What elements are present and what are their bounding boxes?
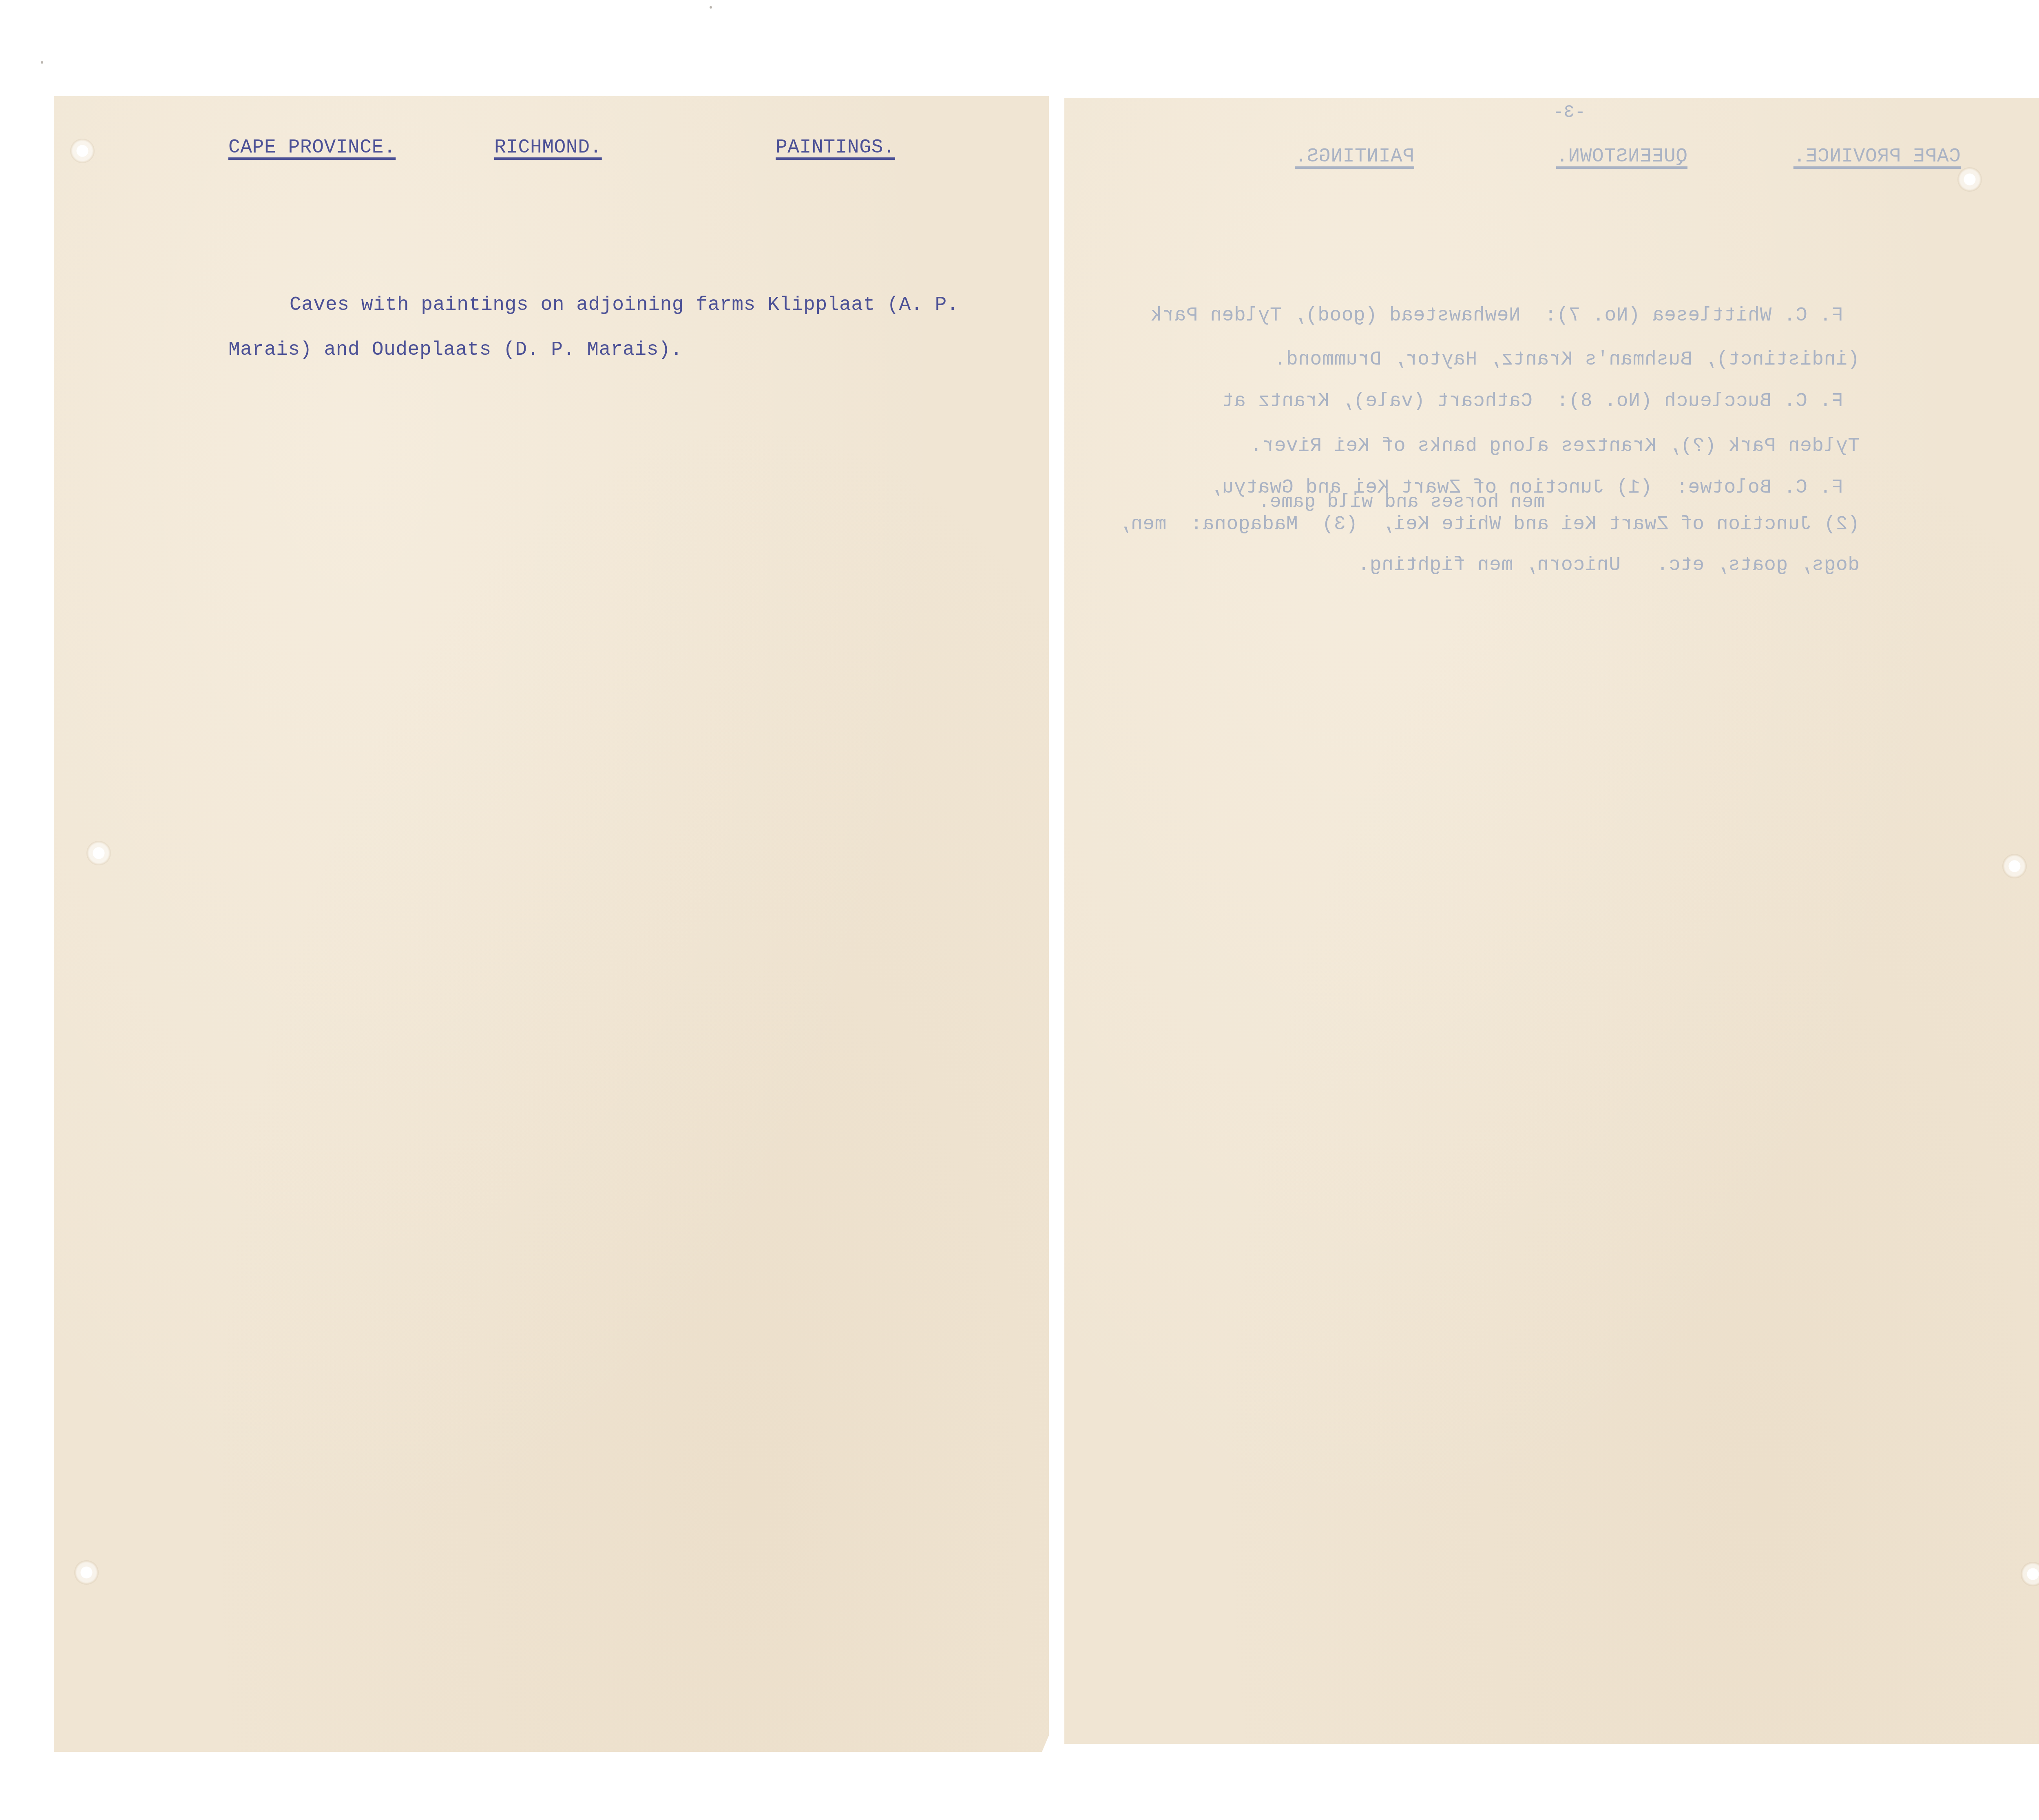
body-line-2: Marais) and Oudeplaats (D. P. Marais).: [228, 340, 683, 360]
header-district: QUEENSTOWN.: [1556, 147, 1687, 166]
header-category: PAINTINGS.: [776, 138, 895, 157]
punch-hole-icon: [2002, 854, 2027, 878]
header-province: CAPE PROVINCE.: [228, 138, 396, 157]
header-district: RICHMOND.: [494, 138, 602, 157]
header-category: PAINTINGS.: [1295, 147, 1414, 166]
bleed-through-text: -3- CAPE PROVINCE. QUEENSTOWN. PAINTINGS…: [1064, 98, 2039, 1744]
body-line-1: F. C. Whittlesea (No. 7): Newhawstead (g…: [1150, 306, 1843, 325]
body-line-6: (2) Junction of Zwart Kei and White Kei,…: [1119, 515, 1860, 534]
dust-speck: [710, 6, 712, 9]
body-line-1: Caves with paintings on adjoining farms …: [290, 295, 959, 315]
body-line-7: dogs, goats, etc. Unicorn, men fighting.: [1358, 555, 1860, 575]
header-province: CAPE PROVINCE.: [1794, 147, 1961, 166]
punch-hole-icon: [1957, 167, 1982, 192]
body-line-3: F. C. Buccleuch (No. 8): Cathcart (vale)…: [1222, 391, 1843, 411]
document-page-right: -3- CAPE PROVINCE. QUEENSTOWN. PAINTINGS…: [1064, 98, 2039, 1744]
punch-hole-icon: [86, 841, 111, 865]
dust-speck: [41, 61, 43, 64]
punch-hole-icon: [74, 1560, 99, 1585]
body-line-4: Tylden Park (?), Krantzes along banks of…: [1250, 436, 1860, 456]
body-line-5-insert: men horses and wild game.: [1258, 493, 1545, 511]
body-line-2: (indistinct), Bushman's Krantz, Haytor, …: [1274, 350, 1860, 369]
punch-hole-icon: [70, 139, 95, 163]
document-page-left: CAPE PROVINCE. RICHMOND. PAINTINGS. Cave…: [54, 96, 1049, 1752]
page-number: -3-: [1552, 104, 1586, 122]
